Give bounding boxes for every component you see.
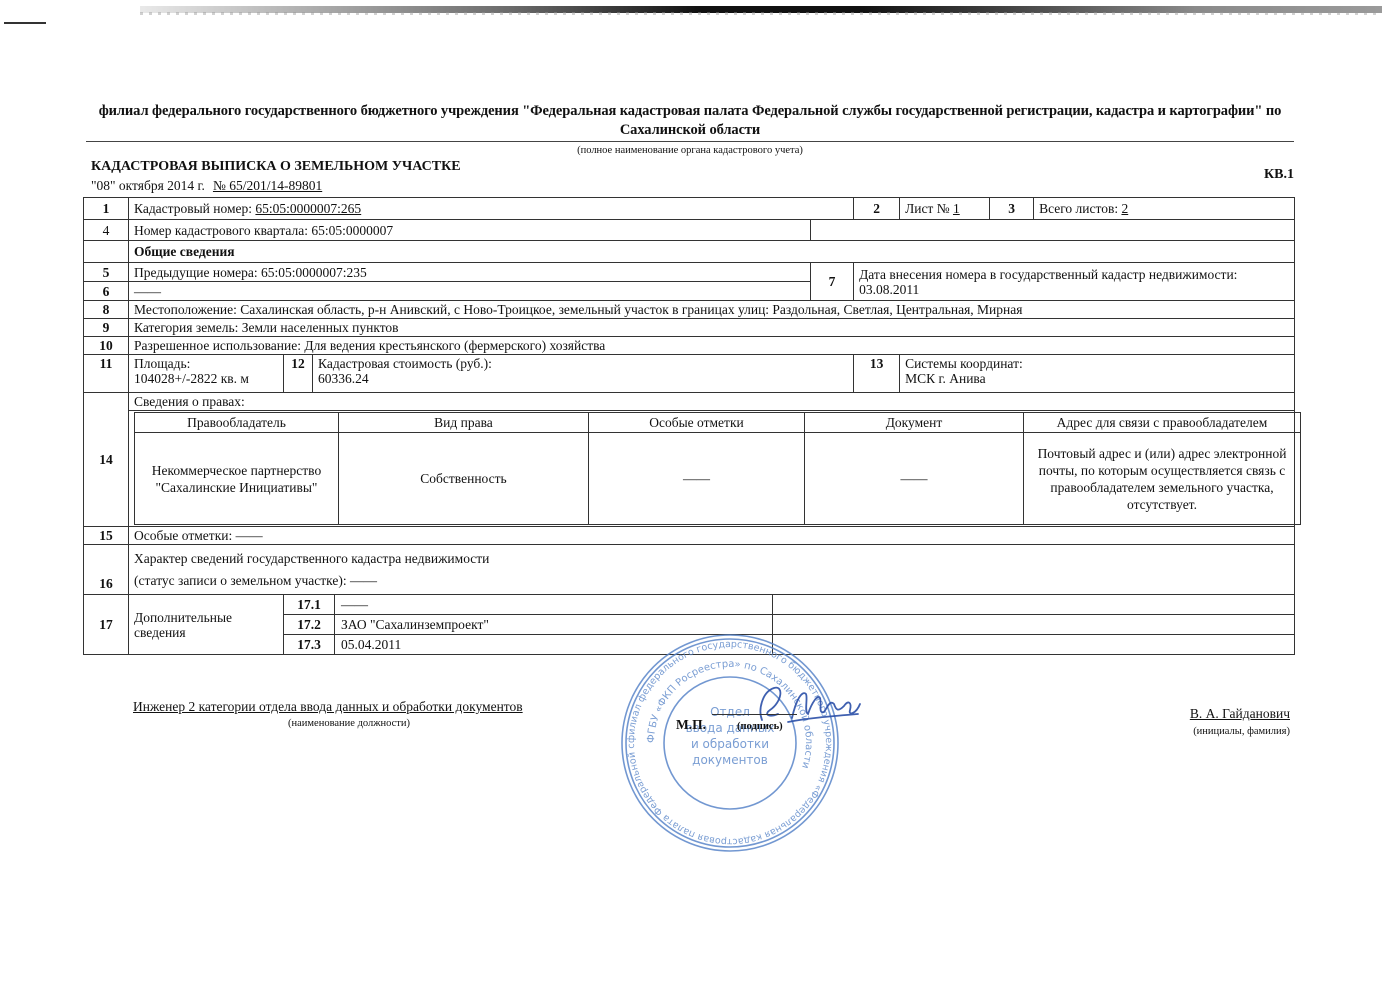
organization-name: филиал федерального государственного бюд… (86, 102, 1294, 140)
special-notes-general: Особые отметки: —— (129, 527, 1295, 545)
row-5: 5 Предыдущие номера: 65:05:0000007:235 7… (84, 263, 1295, 282)
row-14-title: 14 Сведения о правах: (84, 393, 1295, 411)
col-right-type: Вид права (339, 413, 589, 433)
document-date-line: "08" октября 2014 г.№ 65/201/14-89801 (91, 178, 322, 194)
scan-edge-noise (140, 12, 1382, 15)
col-special-notes: Особые отметки (589, 413, 805, 433)
registration-date: Дата внесения номера в государственный к… (854, 263, 1295, 301)
col-contact-address: Адрес для связи с правообладателем (1024, 413, 1301, 433)
special-notes: —— (589, 433, 805, 525)
sub-row-cell: 17.2 ЗАО "Сахалинземпроект" (284, 615, 773, 635)
svg-text:филиал федерального государств: филиал федерального государственного бюд… (619, 632, 834, 847)
form-code: КВ.1 (1264, 167, 1294, 183)
row-num: 2 (854, 198, 900, 220)
signer-name-caption: (инициалы, фамилия) (1193, 726, 1290, 737)
empty-cell (811, 220, 1295, 241)
sheet-label: Лист № (905, 201, 950, 216)
row-num: 6 (84, 282, 129, 301)
area-cell: Площадь: 104028+/-2822 кв. м (129, 355, 284, 393)
document-date: "08" октября 2014 г. (91, 178, 205, 193)
sub-row-num: 17.1 (284, 595, 335, 614)
cadastral-value-label: Кадастровая стоимость (руб.): (318, 356, 848, 371)
sub-row-num: 17.2 (284, 615, 335, 634)
sub-row-cell: 17.1 —— (284, 595, 773, 615)
row-num: 10 (84, 337, 129, 355)
rights-title: Сведения о правах: (129, 393, 1295, 411)
row-num: 13 (854, 355, 900, 393)
row-1: 1 Кадастровый номер: 65:05:0000007:265 2… (84, 198, 1295, 220)
row-num: 7 (811, 263, 854, 301)
empty-cell (84, 241, 129, 263)
total-sheets-label: Всего листов: (1039, 201, 1118, 216)
additional-info-2: ЗАО "Сахалинземпроект" (335, 615, 773, 634)
cadastral-table: 1 Кадастровый номер: 65:05:0000007:265 2… (83, 197, 1295, 655)
row-num: 14 (84, 393, 129, 527)
contact-address: Почтовый адрес и (или) адрес электронной… (1024, 433, 1301, 525)
rightholder: Некоммерческое партнерство "Сахалинские … (135, 433, 339, 525)
coordinate-system: МСК г. Анива (905, 371, 1289, 386)
record-status-line2: (статус записи о земельном участке): —— (134, 570, 1289, 592)
permitted-use: Разрешенное использование: Для ведения к… (129, 337, 1295, 355)
row-general: Общие сведения (84, 241, 1295, 263)
empty-cell (773, 615, 1295, 635)
signer-position: Инженер 2 категории отдела ввода данных … (133, 699, 523, 715)
row-11-13: 11 Площадь: 104028+/-2822 кв. м 12 Кадас… (84, 355, 1295, 393)
row-num: 12 (284, 355, 313, 393)
row-num: 17 (84, 595, 129, 655)
row-num: 15 (84, 527, 129, 545)
sheet-number-cell: Лист № 1 (900, 198, 990, 220)
document-title: КАДАСТРОВАЯ ВЫПИСКА О ЗЕМЕЛЬНОМ УЧАСТКЕ (91, 159, 461, 175)
area-value: 104028+/-2822 кв. м (134, 371, 278, 386)
signer-position-caption: (наименование должности) (288, 718, 410, 729)
row-10: 10 Разрешенное использование: Для ведени… (84, 337, 1295, 355)
svg-text:Отдел: Отдел (710, 705, 750, 719)
sub-row-num: 17.3 (284, 635, 335, 654)
row-16: 16 Характер сведений государственного ка… (84, 545, 1295, 595)
additional-info-3: 05.04.2011 (335, 635, 773, 654)
coordinate-system-cell: Системы координат: МСК г. Анива (900, 355, 1295, 393)
area-label: Площадь: (134, 356, 278, 371)
additional-info-label: Дополнительные сведения (129, 595, 284, 655)
record-status-line1: Характер сведений государственного кадас… (134, 548, 1289, 570)
cadastral-value: 60336.24 (318, 371, 848, 386)
row-num: 8 (84, 301, 129, 319)
organization-rule (86, 141, 1294, 142)
coordinate-system-label: Системы координат: (905, 356, 1289, 371)
quarter-number: Номер кадастрового квартала: 65:05:00000… (129, 220, 811, 241)
sub-row-cell: 17.3 05.04.2011 (284, 635, 773, 655)
scan-margin-mark (4, 22, 46, 24)
cadastral-value-cell: Кадастровая стоимость (руб.): 60336.24 (313, 355, 854, 393)
total-sheets-cell: Всего листов: 2 (1034, 198, 1295, 220)
row-num: 4 (84, 220, 129, 241)
sheet-number: 1 (953, 201, 960, 216)
right-type: Собственность (339, 433, 589, 525)
row-num: 1 (84, 198, 129, 220)
row-17-1: 17 Дополнительные сведения 17.1 —— (84, 595, 1295, 615)
svg-text:документов: документов (692, 753, 768, 767)
row-15: 15 Особые отметки: —— (84, 527, 1295, 545)
signer-name: В. А. Гайданович (1190, 706, 1290, 722)
rights-header: Правообладатель Вид права Особые отметки… (135, 413, 1301, 433)
document-number: № 65/201/14-89801 (213, 178, 322, 193)
row-6-value: —— (129, 282, 811, 301)
row-14-rights: Правообладатель Вид права Особые отметки… (84, 411, 1295, 527)
signature-line (712, 714, 797, 715)
rights-table-cell: Правообладатель Вид права Особые отметки… (129, 411, 1295, 527)
empty-cell (773, 635, 1295, 655)
cadastral-number-cell: Кадастровый номер: 65:05:0000007:265 (129, 198, 854, 220)
row-9: 9 Категория земель: Земли населенных пун… (84, 319, 1295, 337)
record-status-cell: Характер сведений государственного кадас… (129, 545, 1295, 595)
total-sheets: 2 (1121, 201, 1128, 216)
row-8: 8 Местоположение: Сахалинская область, р… (84, 301, 1295, 319)
document: —— (805, 433, 1024, 525)
seal-mark: М.П. (676, 717, 706, 733)
row-num: 3 (990, 198, 1034, 220)
location: Местоположение: Сахалинская область, р-н… (129, 301, 1295, 319)
row-4: 4 Номер кадастрового квартала: 65:05:000… (84, 220, 1295, 241)
signature-caption: (подпись) (737, 721, 783, 732)
official-stamp: филиал федерального государственного бюд… (619, 632, 841, 854)
col-document: Документ (805, 413, 1024, 433)
col-rightholder: Правообладатель (135, 413, 339, 433)
cadastral-number-label: Кадастровый номер: (134, 201, 252, 216)
row-num: 9 (84, 319, 129, 337)
row-num: 5 (84, 263, 129, 282)
row-num: 16 (84, 545, 129, 595)
organization-caption: (полное наименование органа кадастрового… (86, 145, 1294, 156)
row-num: 11 (84, 355, 129, 393)
rights-table: Правообладатель Вид права Особые отметки… (134, 412, 1301, 525)
empty-cell (773, 595, 1295, 615)
additional-info-1: —— (335, 595, 773, 614)
land-category: Категория земель: Земли населенных пункт… (129, 319, 1295, 337)
section-general: Общие сведения (129, 241, 1295, 263)
previous-numbers: Предыдущие номера: 65:05:0000007:235 (129, 263, 811, 282)
svg-text:и обработки: и обработки (691, 737, 769, 751)
rights-row: Некоммерческое партнерство "Сахалинские … (135, 433, 1301, 525)
cadastral-number: 65:05:0000007:265 (255, 201, 361, 216)
